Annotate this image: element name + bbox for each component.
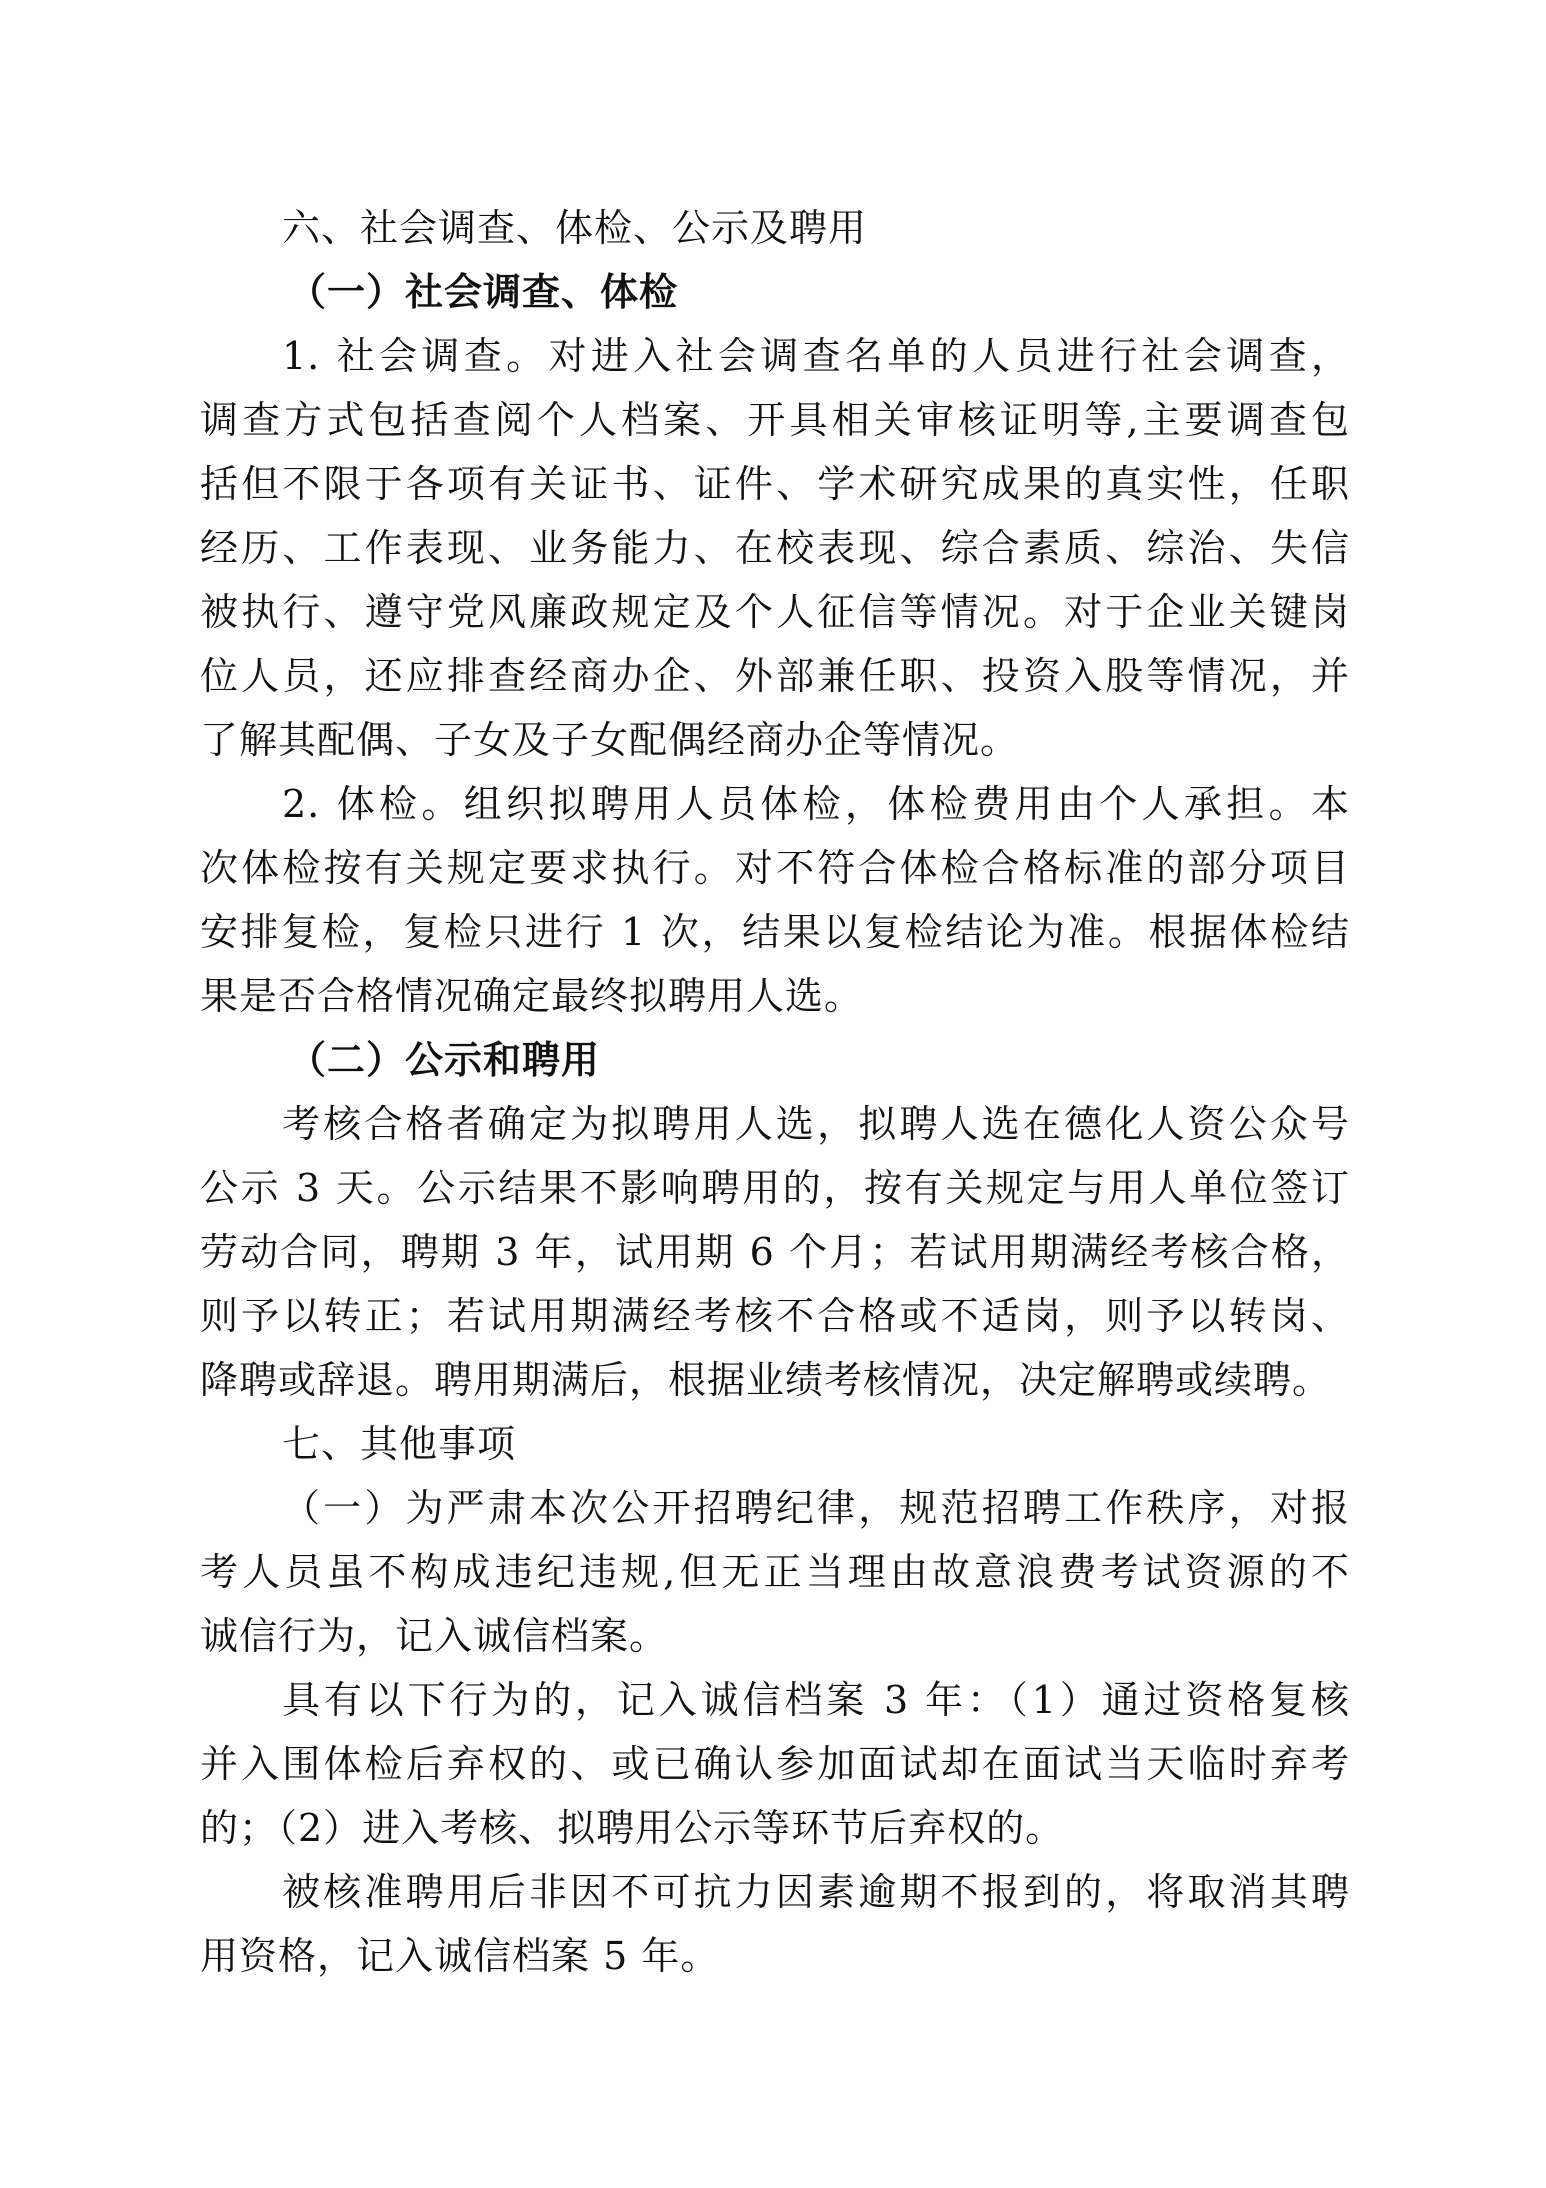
section-6-heading: 六、社会调查、体检、公示及聘用 bbox=[200, 196, 1350, 260]
text-line: 2. 体检。组织拟聘用人员体检，体检费用由个人承担。本 bbox=[200, 772, 1350, 836]
text-line: 考核合格者确定为拟聘用人选，拟聘人选在德化人资公众号 bbox=[200, 1092, 1350, 1156]
text-line: 了解其配偶、子女及子女配偶经商办企等情况。 bbox=[200, 708, 1350, 772]
text-line: 位人员，还应排查经商办企、外部兼任职、投资入股等情况，并 bbox=[200, 644, 1350, 708]
text-line: 1. 社会调查。对进入社会调查名单的人员进行社会调查， bbox=[200, 324, 1350, 388]
discipline-paragraph: （一）为严肃本次公开招聘纪律，规范招聘工作秩序，对报 考人员虽不构成违纪违规,但… bbox=[200, 1476, 1350, 1668]
text-line: 的；（2）进入考核、拟聘用公示等环节后弃权的。 bbox=[200, 1796, 1350, 1860]
medical-exam-paragraph: 2. 体检。组织拟聘用人员体检，体检费用由个人承担。本 次体检按有关规定要求执行… bbox=[200, 772, 1350, 1028]
section-7-heading: 七、其他事项 bbox=[200, 1412, 1350, 1476]
text-line: 被核准聘用后非因不可抗力因素逾期不报到的，将取消其聘 bbox=[200, 1860, 1350, 1924]
text-line: 降聘或辞退。聘用期满后，根据业绩考核情况，决定解聘或续聘。 bbox=[200, 1348, 1350, 1412]
text-line: 考人员虽不构成违纪违规,但无正当理由故意浪费考试资源的不 bbox=[200, 1540, 1350, 1604]
text-line: 调查方式包括查阅个人档案、开具相关审核证明等,主要调查包 bbox=[200, 388, 1350, 452]
text-line: 经历、工作表现、业务能力、在校表现、综合素质、综治、失信 bbox=[200, 516, 1350, 580]
text-line: 诚信行为，记入诚信档案。 bbox=[200, 1604, 1350, 1668]
text-line: 则予以转正；若试用期满经考核不合格或不适岗，则予以转岗、 bbox=[200, 1284, 1350, 1348]
text-line: 果是否合格情况确定最终拟聘用人选。 bbox=[200, 964, 1350, 1028]
credit-record-5-years-paragraph: 被核准聘用后非因不可抗力因素逾期不报到的，将取消其聘 用资格，记入诚信档案 5 … bbox=[200, 1860, 1350, 1988]
text-line: 被执行、遵守党风廉政规定及个人征信等情况。对于企业关键岗 bbox=[200, 580, 1350, 644]
text-line: 安排复检，复检只进行 1 次，结果以复检结论为准。根据体检结 bbox=[200, 900, 1350, 964]
publicity-employment-paragraph: 考核合格者确定为拟聘用人选，拟聘人选在德化人资公众号 公示 3 天。公示结果不影… bbox=[200, 1092, 1350, 1412]
text-line: 括但不限于各项有关证书、证件、学术研究成果的真实性，任职 bbox=[200, 452, 1350, 516]
text-line: 次体检按有关规定要求执行。对不符合体检合格标准的部分项目 bbox=[200, 836, 1350, 900]
document-page: 六、社会调查、体检、公示及聘用 （一）社会调查、体检 1. 社会调查。对进入社会… bbox=[200, 196, 1350, 1988]
text-line: （一）为严肃本次公开招聘纪律，规范招聘工作秩序，对报 bbox=[200, 1476, 1350, 1540]
text-line: 用资格，记入诚信档案 5 年。 bbox=[200, 1924, 1350, 1988]
text-line: 公示 3 天。公示结果不影响聘用的，按有关规定与用人单位签订 bbox=[200, 1156, 1350, 1220]
credit-record-3-years-paragraph: 具有以下行为的，记入诚信档案 3 年：（1）通过资格复核 并入围体检后弃权的、或… bbox=[200, 1668, 1350, 1860]
subsection-1-heading: （一）社会调查、体检 bbox=[200, 260, 1350, 324]
text-line: 并入围体检后弃权的、或已确认参加面试却在面试当天临时弃考 bbox=[200, 1732, 1350, 1796]
text-line: 具有以下行为的，记入诚信档案 3 年：（1）通过资格复核 bbox=[200, 1668, 1350, 1732]
text-line: 劳动合同，聘期 3 年，试用期 6 个月；若试用期满经考核合格， bbox=[200, 1220, 1350, 1284]
subsection-2-heading: （二）公示和聘用 bbox=[200, 1028, 1350, 1092]
social-investigation-paragraph: 1. 社会调查。对进入社会调查名单的人员进行社会调查， 调查方式包括查阅个人档案… bbox=[200, 324, 1350, 772]
